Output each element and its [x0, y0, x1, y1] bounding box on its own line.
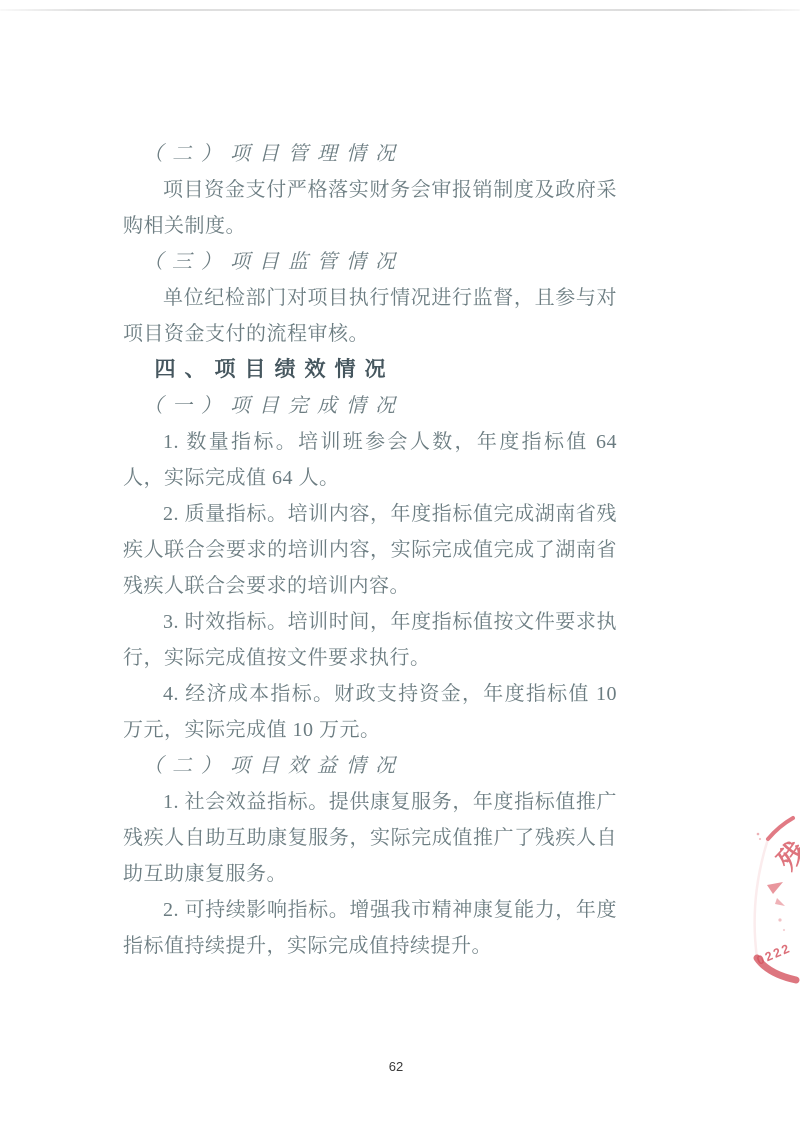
- paragraph-cost-indicator: 4. 经济成本指标。财政支持资金，年度指标值 10 万元，实际完成值 10 万元…: [123, 676, 617, 748]
- section-heading-completion: （一）项目完成情况: [123, 388, 617, 424]
- stamp-character: 残: [772, 835, 800, 875]
- paragraph-timeliness-indicator: 3. 时效指标。培训时间，年度指标值按文件要求执行，实际完成值按文件要求执行。: [123, 604, 617, 676]
- paragraph-social-benefit-indicator: 1. 社会效益指标。提供康复服务，年度指标值推广残疾人自助互助康复服务，实际完成…: [123, 784, 617, 892]
- scan-edge-artifact: [0, 9, 800, 11]
- section-heading-project-supervision: （三）项目监管情况: [123, 244, 617, 280]
- page-footer: 62: [0, 1058, 800, 1076]
- paragraph-project-supervision: 单位纪检部门对项目执行情况进行监督，且参与对项目资金支付的流程审核。: [123, 280, 617, 352]
- paragraph-sustainability-indicator: 2. 可持续影响指标。增强我市精神康复能力，年度指标值持续提升，实际完成值持续提…: [123, 892, 617, 964]
- chapter-heading-performance: 四、项目绩效情况: [123, 352, 617, 388]
- paragraph-quantity-indicator: 1. 数量指标。培训班参会人数，年度指标值 64 人，实际完成值 64 人。: [123, 424, 617, 496]
- document-body: （二）项目管理情况 项目资金支付严格落实财务会审报销制度及政府采购相关制度。 （…: [123, 136, 617, 964]
- paragraph-quality-indicator: 2. 质量指标。培训内容，年度指标值完成湖南省残疾人联合会要求的培训内容，实际完…: [123, 496, 617, 604]
- seal-icon: 残 0222: [742, 806, 800, 986]
- official-seal-stamp: 残 0222: [742, 806, 800, 986]
- stamp-digits: 0222: [755, 941, 793, 968]
- paragraph-project-management: 项目资金支付严格落实财务会审报销制度及政府采购相关制度。: [123, 172, 617, 244]
- section-heading-benefit: （二）项目效益情况: [123, 748, 617, 784]
- page-number: 62: [389, 1059, 403, 1074]
- scanned-document-page: （二）项目管理情况 项目资金支付严格落实财务会审报销制度及政府采购相关制度。 （…: [0, 0, 800, 1131]
- section-heading-project-management: （二）项目管理情况: [123, 136, 617, 172]
